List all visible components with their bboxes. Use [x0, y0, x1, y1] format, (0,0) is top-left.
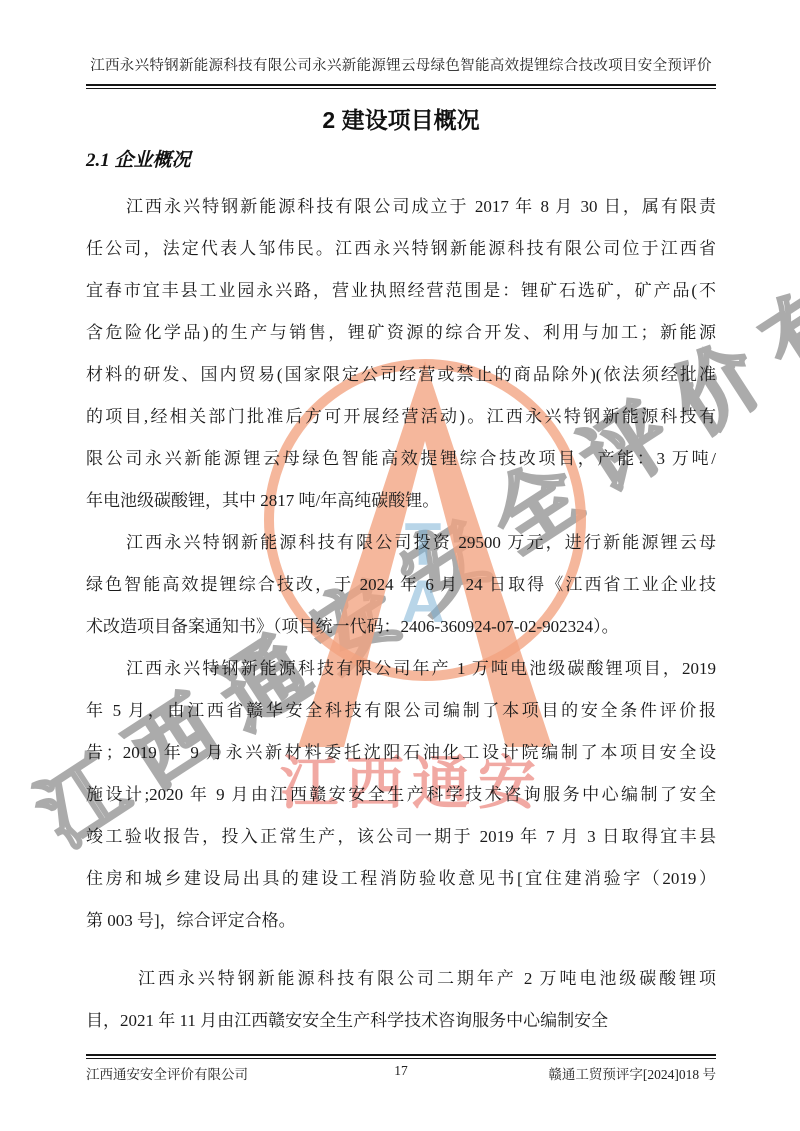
paragraph: 江西永兴特钢新能源科技有限公司年产 1 万吨电池级碳酸锂项目，2019年 5 月… — [86, 648, 716, 942]
paragraph-line: 江西永兴特钢新能源科技有限公司年产 1 万吨电池级碳酸锂项目，2019 — [86, 648, 716, 690]
paragraph-line: 年 5 月，由江西省赣华安全科技有限公司编制了本项目的安全条件评价报 — [86, 690, 716, 732]
paragraph-line: 江西永兴特钢新能源科技有限公司投资 29500 万元，进行新能源锂云母 — [86, 522, 716, 564]
paragraph-line: 竣工验收报告，投入正常生产，该公司一期于 2019 年 7 月 3 日取得宜丰县 — [86, 816, 716, 858]
paragraph-line: 绿色智能高效提锂综合技改，于 2024 年 6 月 24 日取得《江西省工业企业… — [86, 564, 716, 606]
paragraph-line: 目，2021 年 11 月由江西赣安安全生产科学技术咨询服务中心编制安全 — [86, 1000, 716, 1042]
footer-rule — [86, 1054, 716, 1059]
paragraph-line: 材料的研发、国内贸易(国家限定公司经营或禁止的商品除外)(依法须经批准 — [86, 354, 716, 396]
paragraph-line: 江西永兴特钢新能源科技有限公司成立于 2017 年 8 月 30 日，属有限责 — [86, 186, 716, 228]
paragraph-line: 告；2019 年 9 月永兴新材料委托沈阳石油化工设计院编制了本项目安全设 — [86, 732, 716, 774]
paragraph: 江西永兴特钢新能源科技有限公司成立于 2017 年 8 月 30 日，属有限责任… — [86, 186, 716, 522]
page-title: 2 建设项目概况 — [86, 102, 716, 135]
paragraph-line: 宜春市宜丰县工业园永兴路，营业执照经营范围是：锂矿石选矿，矿产品(不 — [86, 270, 716, 312]
paragraph-line: 年电池级碳酸锂，其中 2817 吨/年高纯碳酸锂。 — [86, 480, 716, 522]
paragraph-line: 术改造项目备案通知书》（项目统一代码：2406-360924-07-02-902… — [86, 606, 716, 648]
paragraph-line: 住房和城乡建设局出具的建设工程消防验收意见书[宜住建消验字（2019） — [86, 858, 716, 900]
document-page: 江西通安安全评价有限公司 TA 江西通安 江西永兴特钢新能源科技有限公司永兴新能… — [0, 0, 800, 1131]
footer-document-number: 赣通工贸预评字[2024]018 号 — [548, 1063, 716, 1083]
paragraph-line: 含危险化学品)的生产与销售，锂矿资源的综合开发、利用与加工；新能源 — [86, 312, 716, 354]
body-text: 江西永兴特钢新能源科技有限公司成立于 2017 年 8 月 30 日，属有限责任… — [86, 186, 716, 1042]
paragraph-line: 施设计;2020 年 9 月由江西赣安安全生产科学技术咨询服务中心编制了安全 — [86, 774, 716, 816]
section-heading: 2.1 企业概况 — [86, 145, 191, 172]
page-header-text: 江西永兴特钢新能源科技有限公司永兴新能源锂云母绿色智能高效提锂综合技改项目安全预… — [86, 54, 716, 75]
paragraph-line: 第 003 号]，综合评定合格。 — [86, 900, 716, 942]
paragraph-line: 任公司，法定代表人邹伟民。江西永兴特钢新能源科技有限公司位于江西省 — [86, 228, 716, 270]
paragraph: 江西永兴特钢新能源科技有限公司二期年产 2 万吨电池级碳酸锂项目，2021 年 … — [86, 958, 716, 1042]
footer-company-name: 江西通安安全评价有限公司 — [86, 1063, 248, 1083]
paragraph: 江西永兴特钢新能源科技有限公司投资 29500 万元，进行新能源锂云母绿色智能高… — [86, 522, 716, 648]
paragraph-line: 江西永兴特钢新能源科技有限公司二期年产 2 万吨电池级碳酸锂项 — [86, 958, 716, 1000]
paragraph-line: 的项目,经相关部门批准后方可开展经营活动)。江西永兴特钢新能源科技有 — [86, 396, 716, 438]
footer: 17 江西通安安全评价有限公司 赣通工贸预评字[2024]018 号 — [86, 1063, 716, 1083]
paragraph-line: 限公司永兴新能源锂云母绿色智能高效提锂综合技改项目，产能：3 万吨/ — [86, 438, 716, 480]
header-rule — [86, 84, 716, 89]
